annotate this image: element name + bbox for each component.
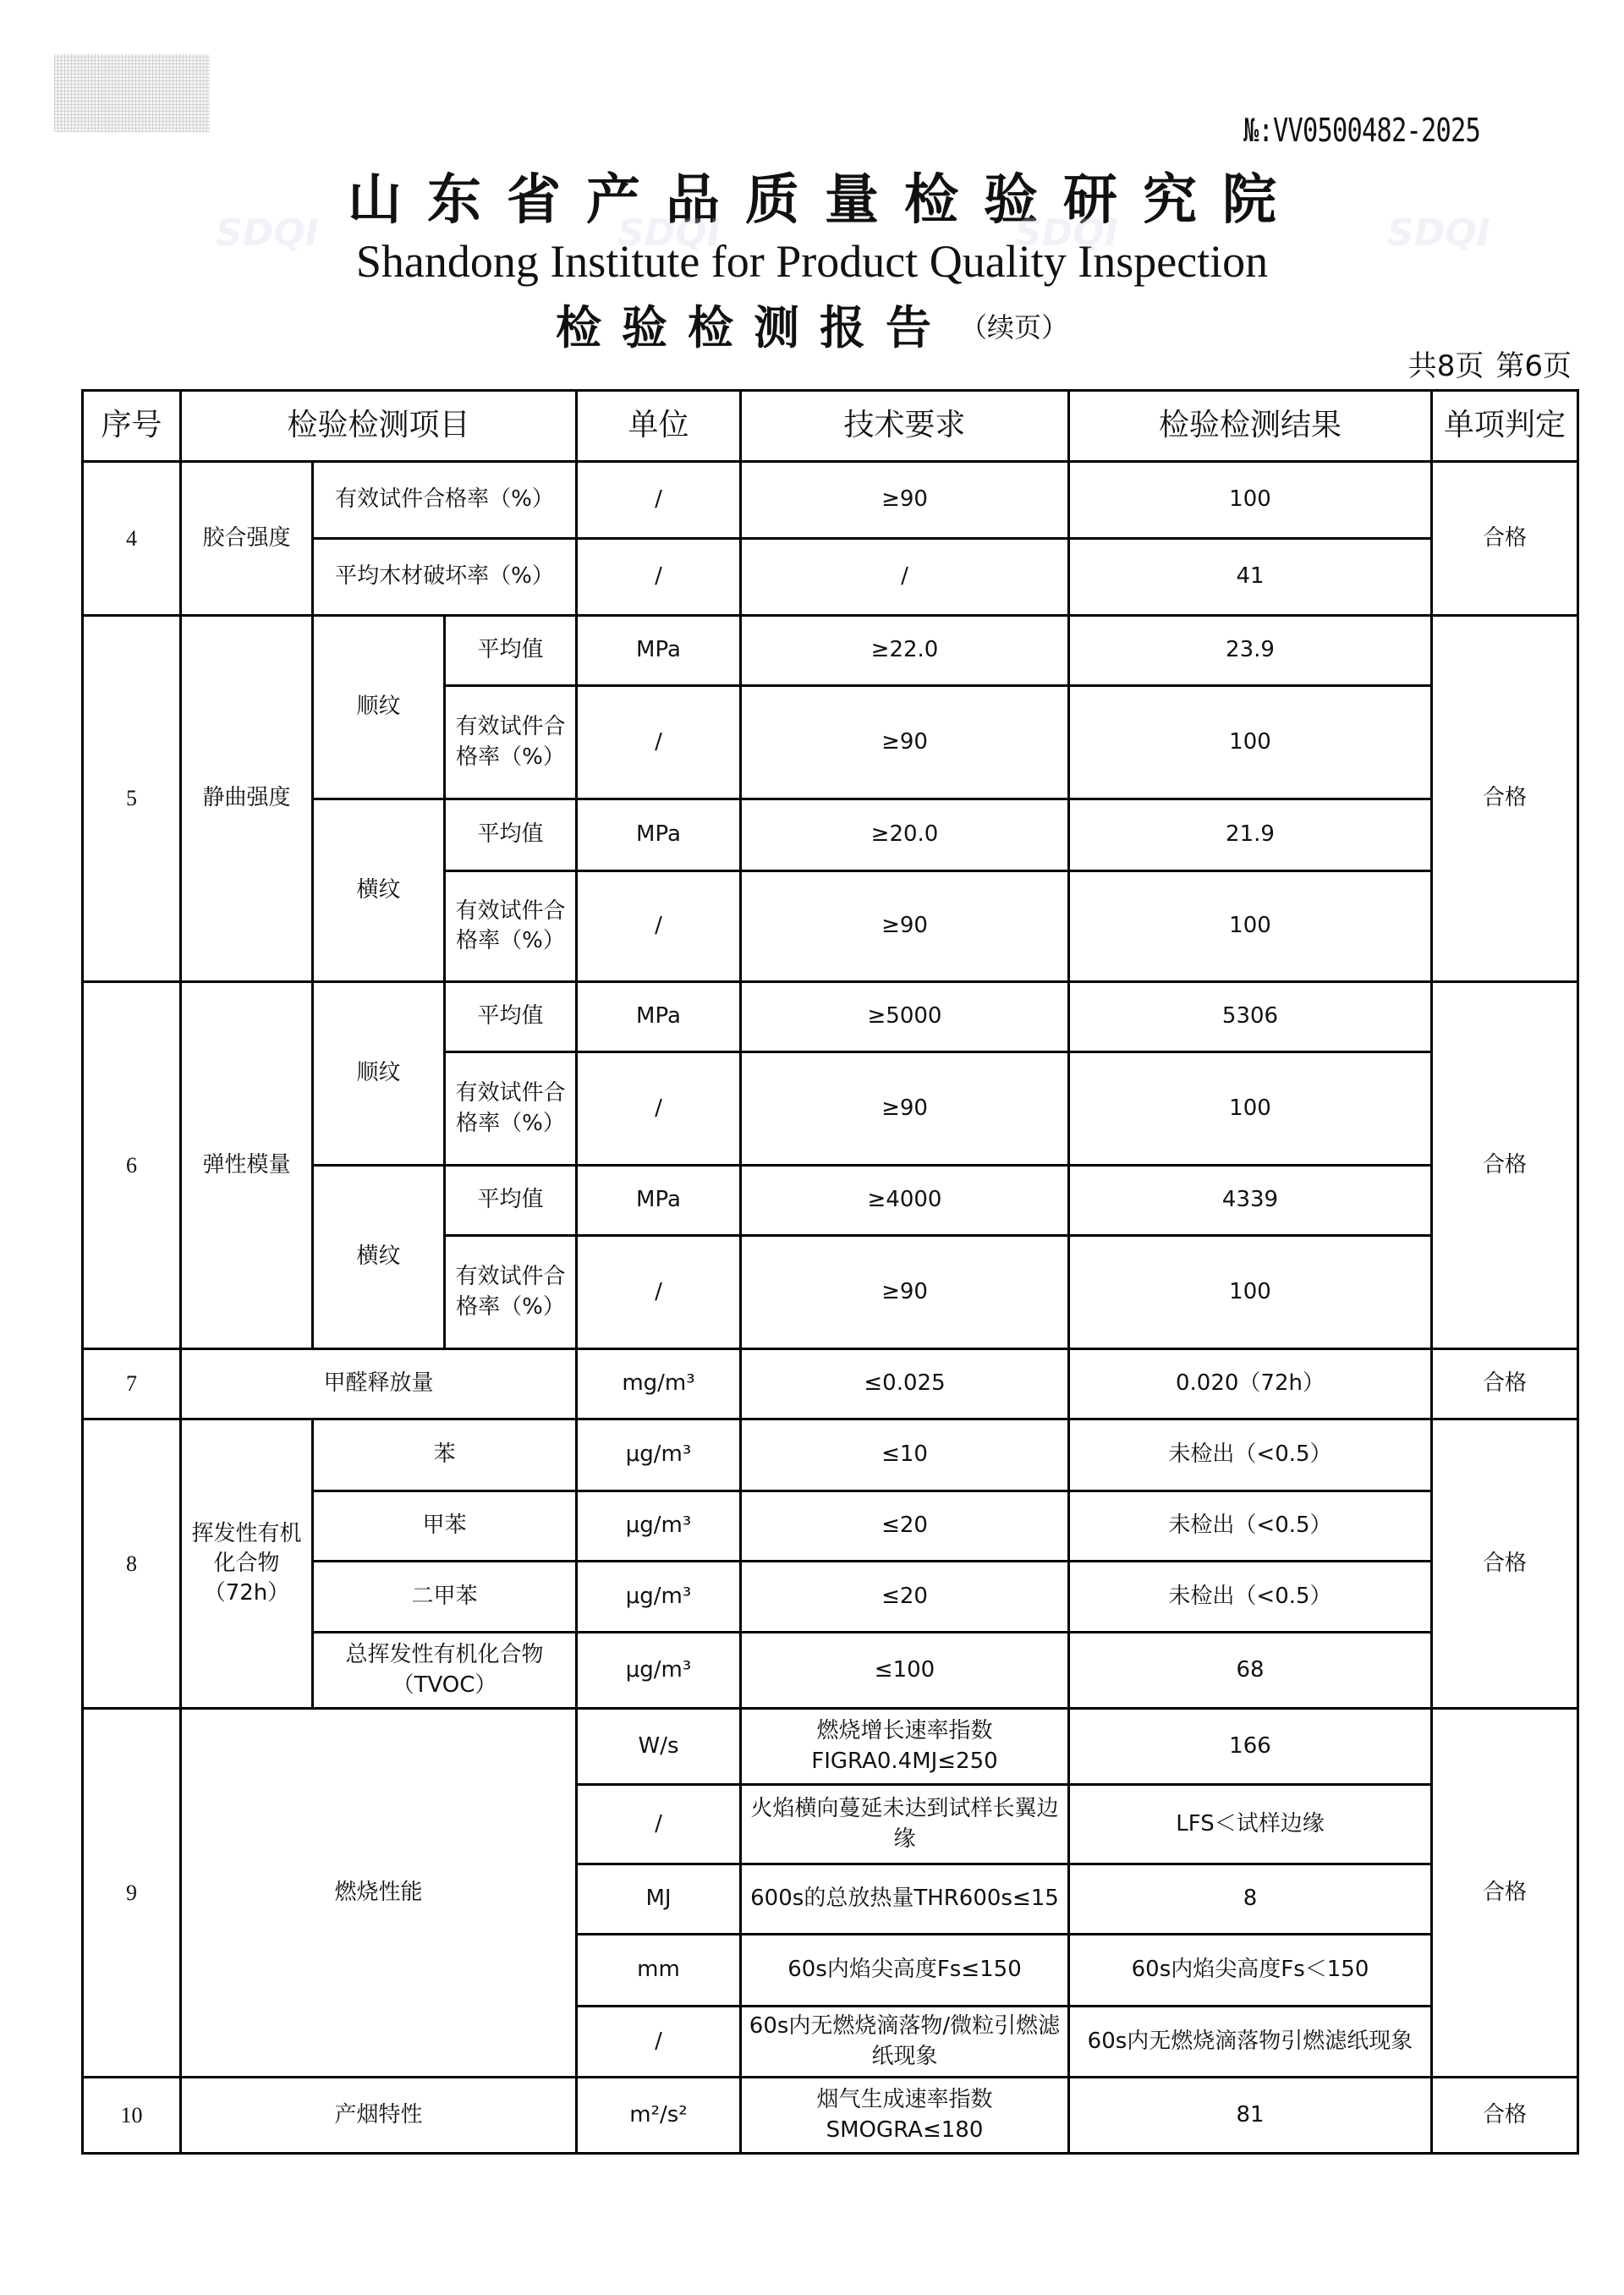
requirement: ≥90: [741, 1236, 1069, 1349]
sub-item-name: 平均木材破坏率（%）: [313, 539, 577, 616]
group-name: 横纹: [313, 799, 445, 982]
unit: mm: [577, 1935, 741, 2007]
page-indicator: 共8页第6页: [1408, 343, 1572, 384]
table-row: 10 产烟特性 m²/s² 烟气生成速率指数SMOGRA≤180 81 合格: [83, 2078, 1578, 2154]
unit: /: [577, 462, 741, 539]
row-number: 7: [83, 1349, 181, 1419]
requirement: ≤20: [741, 1562, 1069, 1633]
unit: /: [577, 539, 741, 616]
unit: MPa: [577, 799, 741, 871]
requirement: ≥4000: [741, 1166, 1069, 1236]
requirement: ≥5000: [741, 982, 1069, 1052]
requirement: 烟气生成速率指数SMOGRA≤180: [741, 2078, 1069, 2154]
result: 60s内焰尖高度Fs＜150: [1069, 1935, 1432, 2007]
result: 100: [1069, 1052, 1432, 1166]
unit: W/s: [577, 1709, 741, 1785]
item-name: 产烟特性: [181, 2078, 577, 2154]
result: 5306: [1069, 982, 1432, 1052]
requirement: ≥20.0: [741, 799, 1069, 871]
result: 81: [1069, 2078, 1432, 2154]
col-header-verdict: 单项判定: [1432, 391, 1578, 462]
sub-item-name: 平均值: [445, 616, 577, 686]
sub-item-name: 苯: [313, 1419, 577, 1491]
unit: m²/s²: [577, 2078, 741, 2154]
result: 0.020（72h）: [1069, 1349, 1432, 1419]
requirement: ≥90: [741, 462, 1069, 539]
table-row: 4 胶合强度 有效试件合格率（%） / ≥90 100 合格: [83, 462, 1578, 539]
result: 166: [1069, 1709, 1432, 1785]
item-name: 甲醛释放量: [181, 1349, 577, 1419]
group-name: 横纹: [313, 1166, 445, 1349]
sub-item-name: 有效试件合格率（%）: [445, 871, 577, 982]
col-header-unit: 单位: [577, 391, 741, 462]
verdict: 合格: [1432, 1349, 1578, 1419]
verdict: 合格: [1432, 1709, 1578, 2078]
result: 未检出（<0.5）: [1069, 1419, 1432, 1491]
result: 100: [1069, 1236, 1432, 1349]
unit: /: [577, 686, 741, 799]
requirement: 火焰横向蔓延未达到试样长翼边缘: [741, 1785, 1069, 1864]
sub-item-name: 有效试件合格率（%）: [313, 462, 577, 539]
unit: MPa: [577, 616, 741, 686]
table-row: 5 静曲强度 顺纹 平均值 MPa ≥22.0 23.9 合格: [83, 616, 1578, 686]
result: 4339: [1069, 1166, 1432, 1236]
unit: μg/m³: [577, 1562, 741, 1633]
sub-item-name: 平均值: [445, 982, 577, 1052]
institute-name-en: Shandong Institute for Product Quality I…: [0, 235, 1624, 288]
unit: MPa: [577, 982, 741, 1052]
qr-code: [54, 54, 210, 132]
unit: /: [577, 1785, 741, 1864]
table-row: 6 弹性模量 顺纹 平均值 MPa ≥5000 5306 合格: [83, 982, 1578, 1052]
sub-item-name: 有效试件合格率（%）: [445, 686, 577, 799]
item-name: 静曲强度: [181, 616, 313, 982]
total-pages: 共8页: [1408, 349, 1484, 383]
group-name: 顺纹: [313, 616, 445, 799]
row-number: 10: [83, 2078, 181, 2154]
requirement: ≥90: [741, 871, 1069, 982]
sub-item-name: 总挥发性有机化合物（TVOC）: [313, 1633, 577, 1709]
result: LFS＜试样边缘: [1069, 1785, 1432, 1864]
unit: μg/m³: [577, 1419, 741, 1491]
result: 68: [1069, 1633, 1432, 1709]
result: 21.9: [1069, 799, 1432, 871]
table-row: 9 燃烧性能 W/s 燃烧增长速率指数FIGRA0.4MJ≤250 166 合格: [83, 1709, 1578, 1785]
requirement: /: [741, 539, 1069, 616]
result: 41: [1069, 539, 1432, 616]
report-number: №:VV0500482-2025: [1243, 112, 1480, 149]
requirement: 燃烧增长速率指数FIGRA0.4MJ≤250: [741, 1709, 1069, 1785]
sub-item-name: 平均值: [445, 799, 577, 871]
sub-item-name: 有效试件合格率（%）: [445, 1052, 577, 1166]
unit: μg/m³: [577, 1491, 741, 1562]
requirement: ≥22.0: [741, 616, 1069, 686]
unit: μg/m³: [577, 1633, 741, 1709]
unit: /: [577, 2007, 741, 2078]
result: 23.9: [1069, 616, 1432, 686]
unit: /: [577, 1052, 741, 1166]
col-header-result: 检验检测结果: [1069, 391, 1432, 462]
col-header-no: 序号: [83, 391, 181, 462]
group-name: 顺纹: [313, 982, 445, 1166]
table-header-row: 序号 检验检测项目 单位 技术要求 检验检测结果 单项判定: [83, 391, 1578, 462]
item-name: 挥发性有机化合物（72h）: [181, 1419, 313, 1709]
unit: MJ: [577, 1864, 741, 1935]
requirement: 60s内无燃烧滴落物/微粒引燃滤纸现象: [741, 2007, 1069, 2078]
verdict: 合格: [1432, 462, 1578, 616]
result: 60s内无燃烧滴落物引燃滤纸现象: [1069, 2007, 1432, 2078]
item-name: 燃烧性能: [181, 1709, 577, 2078]
col-header-requirement: 技术要求: [741, 391, 1069, 462]
requirement: 600s的总放热量THR600s≤15: [741, 1864, 1069, 1935]
current-page: 第6页: [1495, 349, 1572, 383]
row-number: 5: [83, 616, 181, 982]
institute-name-cn: 山东省产品质量检验研究院: [0, 156, 1624, 234]
sub-item-name: 平均值: [445, 1166, 577, 1236]
requirement: ≥90: [741, 686, 1069, 799]
unit: /: [577, 871, 741, 982]
unit: mg/m³: [577, 1349, 741, 1419]
sub-item-name: 二甲苯: [313, 1562, 577, 1633]
row-number: 8: [83, 1419, 181, 1709]
result: 8: [1069, 1864, 1432, 1935]
unit: /: [577, 1236, 741, 1349]
inspection-results-table: 序号 检验检测项目 单位 技术要求 检验检测结果 单项判定 4 胶合强度 有效试…: [81, 389, 1579, 2155]
row-number: 6: [83, 982, 181, 1349]
result: 100: [1069, 686, 1432, 799]
requirement: ≤100: [741, 1633, 1069, 1709]
report-title-suffix: （续页）: [960, 311, 1068, 343]
table-row: 7 甲醛释放量 mg/m³ ≤0.025 0.020（72h） 合格: [83, 1349, 1578, 1419]
verdict: 合格: [1432, 616, 1578, 982]
row-number: 4: [83, 462, 181, 616]
report-title: 检验检测报告（续页）: [0, 292, 1624, 357]
requirement: ≤10: [741, 1419, 1069, 1491]
result: 未检出（<0.5）: [1069, 1491, 1432, 1562]
requirement: ≤0.025: [741, 1349, 1069, 1419]
sub-item-name: 甲苯: [313, 1491, 577, 1562]
row-number: 9: [83, 1709, 181, 2078]
col-header-item: 检验检测项目: [181, 391, 577, 462]
item-name: 胶合强度: [181, 462, 313, 616]
verdict: 合格: [1432, 2078, 1578, 2154]
table-row: 8 挥发性有机化合物（72h） 苯 μg/m³ ≤10 未检出（<0.5） 合格: [83, 1419, 1578, 1491]
item-name: 弹性模量: [181, 982, 313, 1349]
unit: MPa: [577, 1166, 741, 1236]
sub-item-name: 有效试件合格率（%）: [445, 1236, 577, 1349]
requirement: ≥90: [741, 1052, 1069, 1166]
requirement: ≤20: [741, 1491, 1069, 1562]
result: 未检出（<0.5）: [1069, 1562, 1432, 1633]
result: 100: [1069, 462, 1432, 539]
verdict: 合格: [1432, 982, 1578, 1349]
report-title-main: 检验检测报告: [556, 301, 952, 354]
result: 100: [1069, 871, 1432, 982]
requirement: 60s内焰尖高度Fs≤150: [741, 1935, 1069, 2007]
verdict: 合格: [1432, 1419, 1578, 1709]
